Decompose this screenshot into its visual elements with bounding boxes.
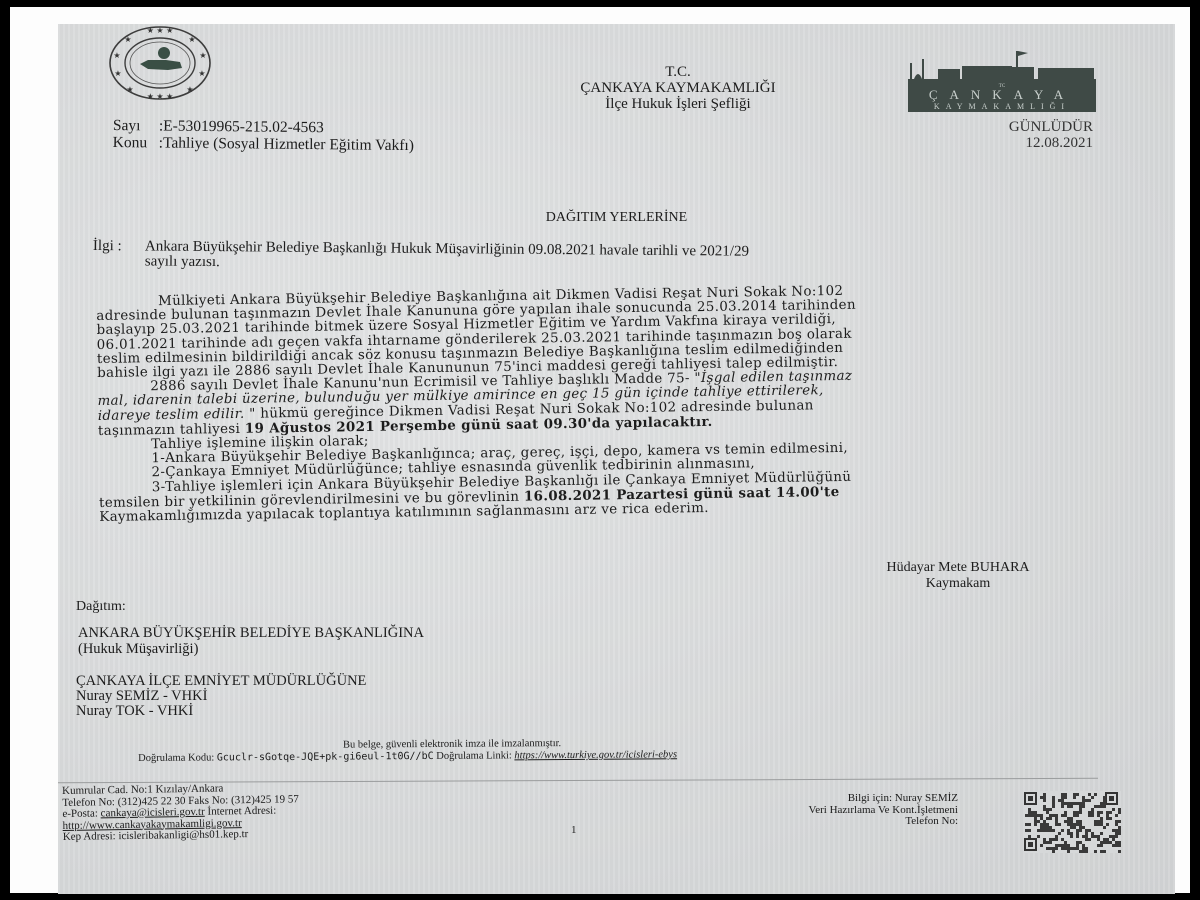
letterhead: T.C. ÇANKAYA KAYMAKAMLIĞI İlçe Hukuk İşl… [528,64,828,112]
svg-text:★ ★ ★: ★ ★ ★ [147,92,174,101]
svg-text:★: ★ [198,69,205,78]
recipient-sub: (Hukuk Müşavirliği) [78,641,424,657]
priority-label: GÜNLÜDÜR [948,119,1093,135]
staff-name: Nuray TOK - VHKİ [76,704,366,719]
sayi-label: Sayı [113,117,159,134]
reference-label: İlgi : [93,239,145,254]
svg-text:★: ★ [186,85,193,94]
verification-code-label: Doğrulama Kodu: [138,752,217,764]
distribution-recipient-2: ÇANKAYA İLÇE EMNİYET MÜDÜRLÜĞÜNE Nuray S… [76,674,366,719]
cankaya-logo: TC ÇANKAYA KAYMAKAMLIĞI [908,49,1098,114]
email-label: e-Posta: [62,807,100,820]
logo-title-text: ÇANKAYA [929,87,1075,102]
page-number: 1 [571,824,577,836]
e-signature-note: Bu belge, güvenli elektronik imza ile im… [138,734,1118,765]
svg-text:★: ★ [199,51,206,60]
info-phone: Telefon No: [713,816,958,828]
reference: İlgi : Ankara Büyükşehir Belediye Başkan… [93,239,749,275]
svg-text:★: ★ [113,51,120,60]
svg-text:★: ★ [188,35,195,44]
verification-code: Gcuclr-sGotqe-JQE+pk-gi6eul-1t0G//bC [217,751,434,764]
info-contact: Bilgi için: Nuray SEMİZ Veri Hazırlama V… [713,793,958,828]
internet-label: İnternet Adresi: [205,805,277,818]
signer-title: Kaymakam [828,576,1088,592]
state-seal-icon: ★ ★ ★ ★★ ★★ ★★ ★★ ★ ★ ★ [108,24,212,102]
document-meta: Sayı:E-53019965-215.02-4563 Konu:Tahliye… [113,117,415,154]
info-person: Bilgi için: Nuray SEMİZ [713,793,958,805]
document-date: 12.08.2021 [948,135,1093,151]
verification-link[interactable]: https://www.turkiye.gov.tr/icisleri-ebys [514,749,677,761]
konu-value: :Tahliye (Sosyal Hizmetler Eğitim Vakfı) [159,134,414,154]
svg-text:★: ★ [124,35,131,44]
country-label: T.C. [528,64,828,80]
verification-link-label: Doğrulama Linki: [434,750,515,762]
staff-name: Nuray SEMİZ - VHKİ [76,689,366,704]
scan-frame: ★ ★ ★ ★★ ★★ ★★ ★★ ★ ★ ★ T.C. ÇANKAYA KAY… [10,7,1190,893]
konu-label: Konu [113,134,159,151]
institution-name: ÇANKAYA KAYMAKAMLIĞI [528,80,828,96]
svg-text:★ ★ ★: ★ ★ ★ [147,26,174,35]
distribution-label: Dağıtım: [76,599,126,615]
svg-text:★: ★ [114,69,121,78]
signature-block: Hüdayar Mete BUHARA Kaymakam [828,560,1088,592]
recipients-title: DAĞITIM YERLERİNE [58,210,1175,226]
sayi-value: :E-53019965-215.02-4563 [159,117,324,136]
priority-date: GÜNLÜDÜR 12.08.2021 [948,119,1093,151]
contact-info: Kumrular Cad. No:1 Kızılay/Ankara Telefo… [62,782,299,843]
kep-address: Kep Adresi: icisleribakanligi@hs01.kep.t… [63,828,300,843]
department-name: İlçe Hukuk İşleri Şefliği [528,96,828,112]
logo-subtitle-text: KAYMAKAMLIĞI [934,101,1070,111]
svg-text:★: ★ [126,85,133,94]
signer-name: Hüdayar Mete BUHARA [828,560,1088,576]
document-page: ★ ★ ★ ★★ ★★ ★★ ★★ ★ ★ ★ T.C. ÇANKAYA KAY… [58,24,1175,894]
letter-body: Mülkiyeti Ankara Büyükşehir Belediye Baş… [96,281,1129,526]
recipient-name: ÇANKAYA İLÇE EMNİYET MÜDÜRLÜĞÜNE [76,674,366,689]
recipient-name: ANKARA BÜYÜKŞEHİR BELEDİYE BAŞKANLIĞINA [78,625,424,641]
distribution-recipient-1: ANKARA BÜYÜKŞEHİR BELEDİYE BAŞKANLIĞINA … [78,625,424,657]
qr-code-icon [1023,791,1121,853]
